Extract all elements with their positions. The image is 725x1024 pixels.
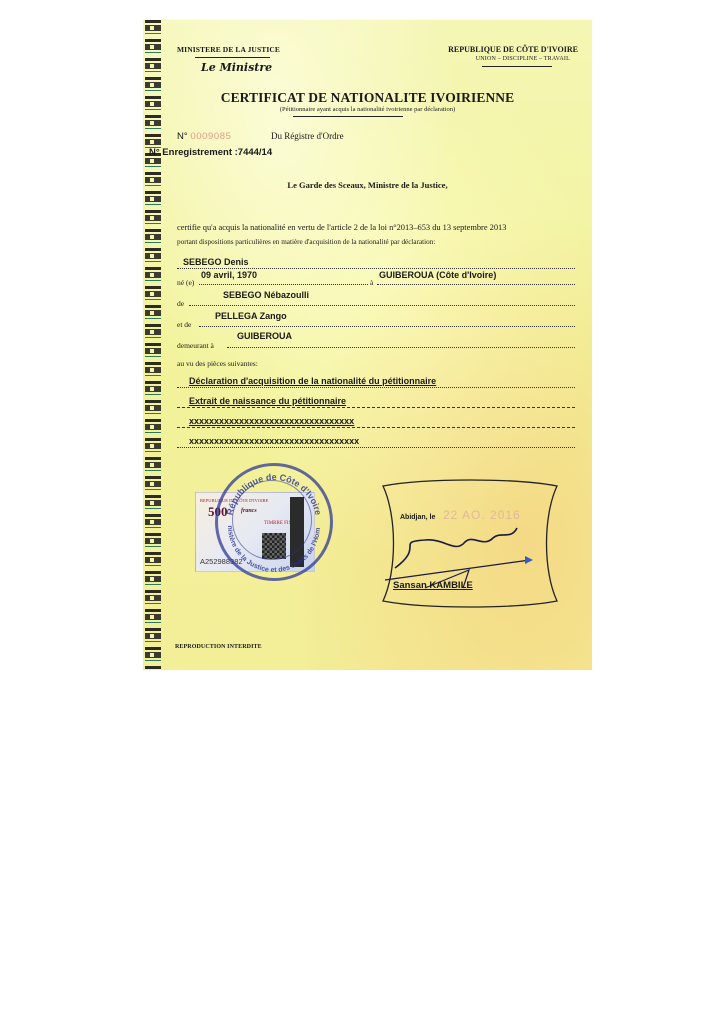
signature-scribble (395, 528, 517, 568)
mother-name: PELLEGA Zango (215, 311, 287, 325)
official-seal: République de Côte d'Ivoire Ministère de… (215, 463, 333, 581)
svg-text:République de Côte d'Ivoire: République de Côte d'Ivoire (225, 472, 324, 516)
birth-date-line: 09 avril, 1970 (199, 272, 368, 285)
number-value: 0009085 (190, 131, 231, 142)
at-label: à (370, 278, 373, 287)
registration-number: N° Enregistrement :7444/14 (149, 147, 272, 158)
mother-line: PELLEGA Zango (199, 314, 575, 327)
document-item: xxxxxxxxxxxxxxxxxxxxxxxxxxxxxxxxxx (177, 435, 575, 448)
svg-text:Ministère de la Justice et des: Ministère de la Justice et des Droits de… (218, 466, 322, 574)
issuing-authority: Le Garde des Sceaux, Ministre de la Just… (143, 180, 592, 190)
father-name: SEBEGO Nébazoulli (223, 290, 309, 304)
seal-text: République de Côte d'Ivoire Ministère de… (218, 466, 330, 578)
minister-subheading: Le Ministre (201, 61, 272, 74)
certification-text-line-2: portant dispositions particulières en ma… (177, 238, 435, 246)
birth-date: 09 avril, 1970 (201, 270, 257, 283)
born-label: né (e) (177, 278, 194, 287)
number-label: N° (177, 131, 188, 142)
certificate-number: N° 0009085 (177, 131, 232, 142)
subtitle-rule (293, 116, 403, 117)
document-item: Déclaration d'acquisition de la national… (177, 375, 575, 388)
father-label: de (177, 299, 184, 308)
birth-place: GUIBEROUA (Côte d'Ivoire) (379, 270, 496, 283)
certification-text-line-1: certifie qu'a acquis la nationalité en v… (177, 223, 506, 232)
national-motto: UNION – DISCIPLINE – TRAVAIL (476, 56, 570, 62)
residence: GUIBEROUA (237, 331, 292, 346)
signer-name: Sansan KAMBILE (393, 580, 473, 591)
certificate-document: MINISTERE DE LA JUSTICE Le Ministre REPU… (143, 20, 592, 670)
signature-date: 22 AO. 2016 (443, 508, 521, 522)
holder-name-line: SEBEGO Denis (177, 256, 575, 269)
holder-name: SEBEGO Denis (183, 257, 249, 267)
residence-label: demeurant à (177, 341, 214, 350)
document-title: CERTIFICAT DE NATIONALITE IVOIRIENNE (143, 90, 592, 106)
register-label: Du Régistre d'Ordre (271, 131, 344, 141)
reproduction-notice: REPRODUCTION INTERDITE (175, 644, 262, 650)
document-item: Extrait de naissance du pétitionnaire (177, 395, 575, 408)
document-item: xxxxxxxxxxxxxxxxxxxxxxxxxxxxxxxxx (177, 415, 575, 428)
birth-place-line: GUIBEROUA (Côte d'Ivoire) (377, 272, 575, 285)
country-rule (482, 66, 552, 67)
country-heading: REPUBLIQUE DE CÔTE D'IVOIRE (448, 45, 578, 54)
security-border-pattern (145, 20, 161, 670)
mother-label: et de (177, 320, 191, 329)
father-line: SEBEGO Nébazoulli (189, 293, 575, 306)
document-subtitle: (Pétitionnaire ayant acquis la nationali… (143, 106, 592, 113)
ministry-rule (195, 57, 270, 58)
residence-line: GUIBEROUA (227, 335, 575, 348)
signature-place: Abidjan, le (400, 514, 435, 521)
ministry-heading: MINISTERE DE LA JUSTICE (177, 45, 280, 54)
documents-heading: au vu des pièces suivantes: (177, 359, 258, 368)
